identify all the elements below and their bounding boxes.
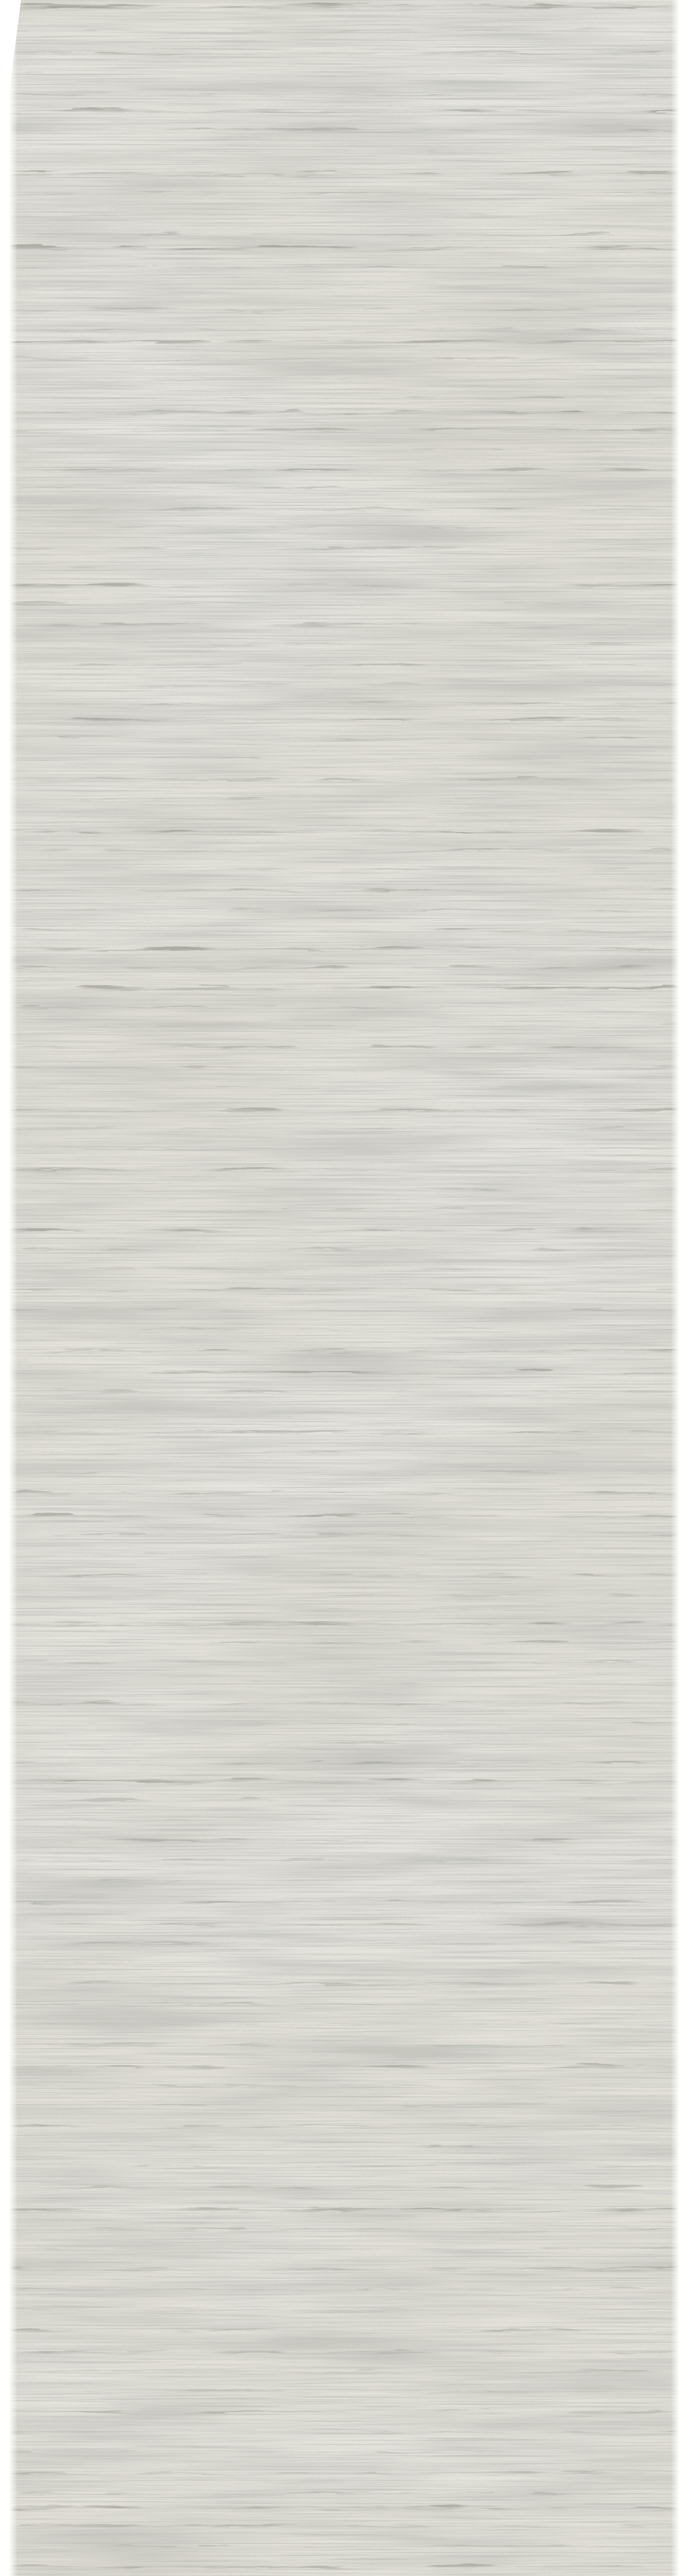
right-margin [679,0,700,2576]
rug-grain [9,0,679,2576]
rug-right-edge-fade [671,0,679,2576]
rug-left-edge-fade [9,0,17,2576]
rug [9,0,679,2576]
rug-photo [0,0,700,2576]
left-margin [0,0,9,2576]
product-photo [0,0,700,2576]
